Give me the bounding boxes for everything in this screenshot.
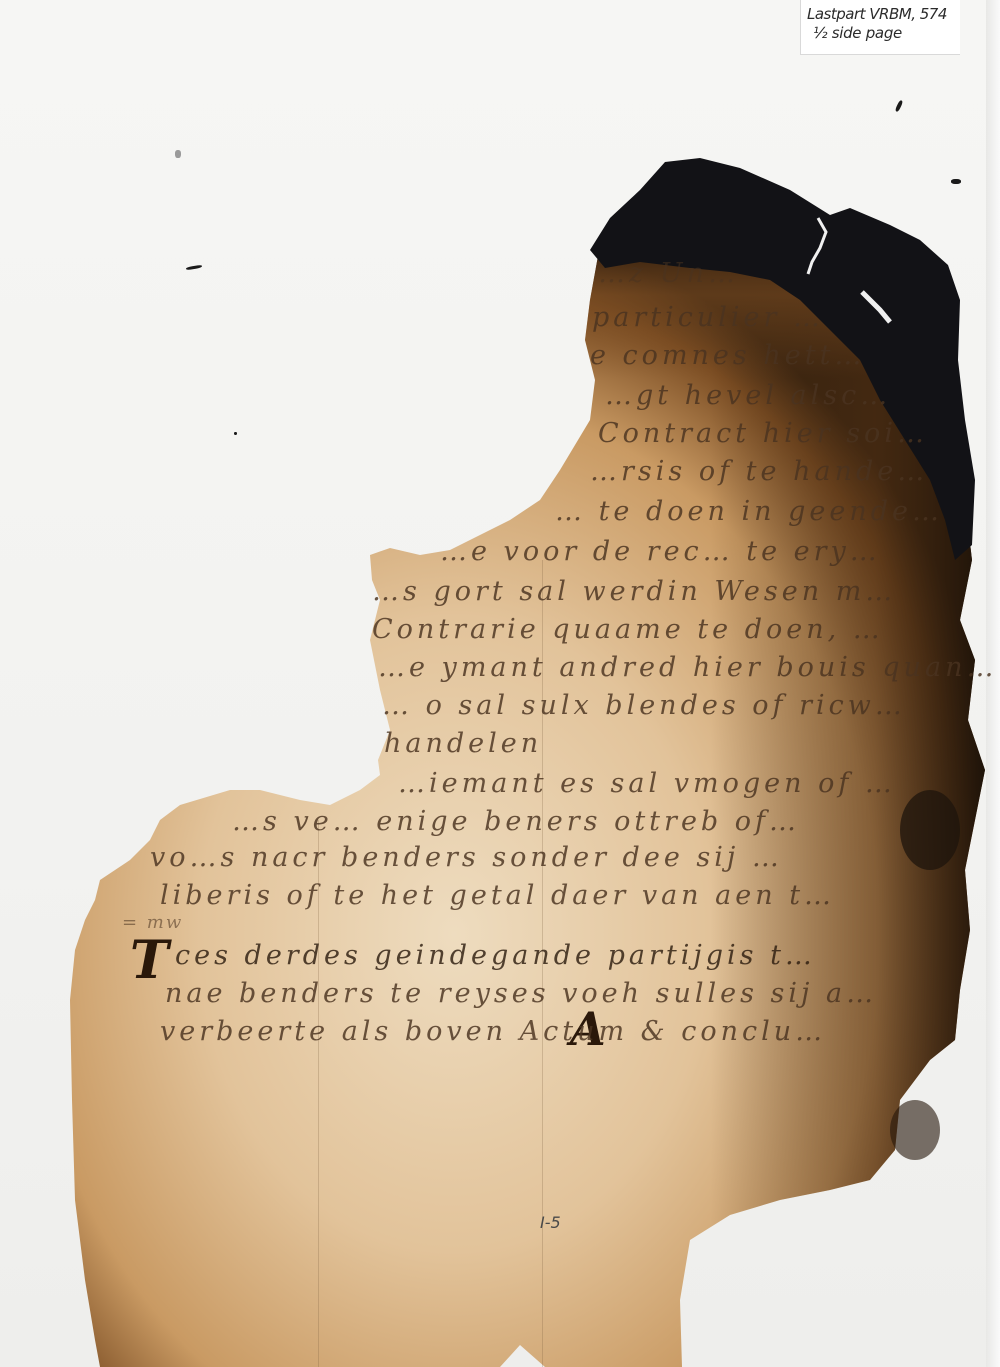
manuscript-line: particulier … [592,302,824,333]
manuscript-line: liberis of te het getal daer van aen t… [160,880,835,911]
manuscript-initial: T [130,930,169,991]
manuscript-line: …rsis of te hande… [590,456,928,487]
manuscript-line: e comnes hett… [590,340,865,371]
manuscript-line: … o sal sulx blendes of ricw… [382,690,906,721]
manuscript-line: …z Un… [598,258,739,289]
manuscript-text: …z Un… particulier … e comnes hett… …gt … [0,0,1000,1367]
manuscript-line: ces derdes geindegande partijgis t… [175,940,816,971]
manuscript-line: …s ve… enige beners ottreb of… [232,806,800,837]
folio-mark: I-5 [540,1213,561,1232]
manuscript-line: …s gort sal werdin Wesen m… [372,576,896,607]
manuscript-line: Contrarie quaame te doen, … [372,614,884,645]
manuscript-line: verbeerte als boven Actum & conclu… [160,1016,826,1047]
manuscript-line: Contract hier soi… [598,418,928,449]
manuscript-line: nae benders te reyses voeh sulles sij a… [165,978,877,1009]
manuscript-line: …e ymant andred hier bouis quan… [378,652,998,683]
manuscript-line: vo…s nacr benders sonder dee sij … [150,842,783,873]
manuscript-line: …gt hevel alsc… [605,380,891,411]
manuscript-line: …iemant es sal vmogen of … [398,768,896,799]
manuscript-line: …e voor de rec… te ery… [440,536,881,567]
manuscript-line: handelen [384,728,542,759]
manuscript-line: … te doen in geende… [555,496,943,527]
